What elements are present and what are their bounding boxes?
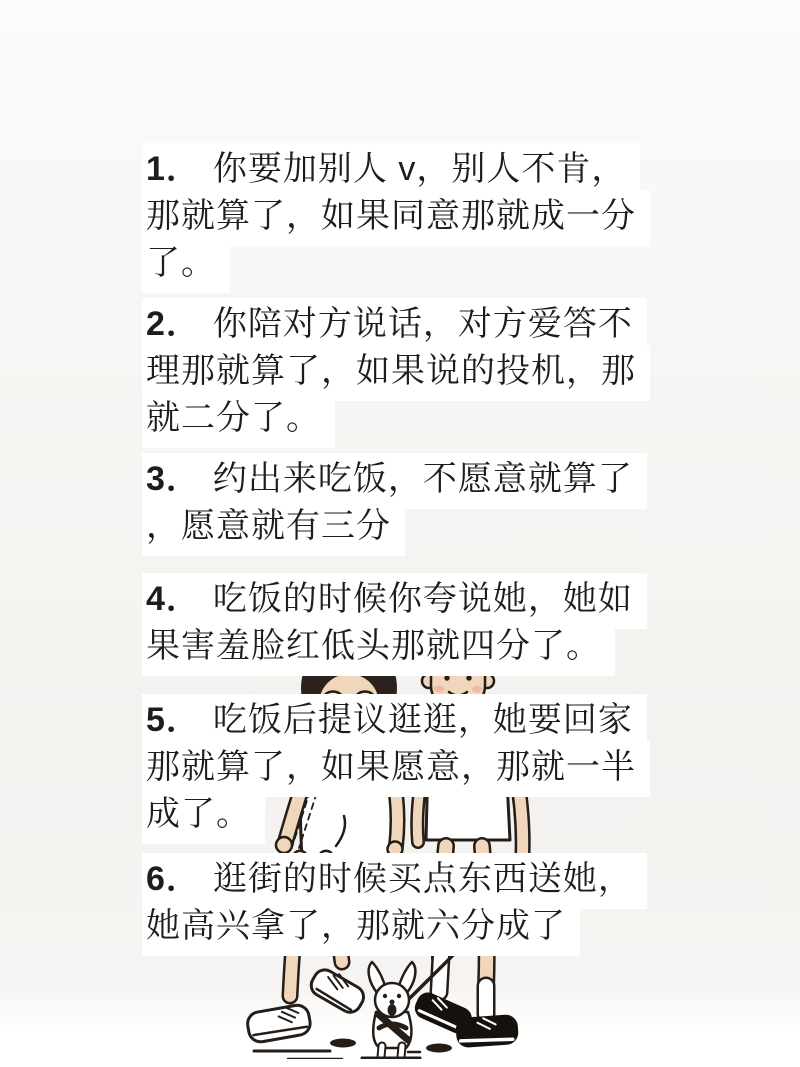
- list-item-6: 6．逛街的时候买点东西送她， 她高兴拿了，那就六分成了: [146, 853, 647, 947]
- page-bottom-margin: [0, 1059, 800, 1067]
- man-eye-left: [444, 675, 449, 680]
- woman-front-shoe: [246, 1003, 312, 1043]
- item-1-number: 1．: [146, 150, 201, 188]
- item-6-line-1: 6．逛街的时候买点东西送她，: [146, 853, 647, 900]
- item-5-line-1: 5．吃饭后提议逛逛，她要回家: [146, 694, 650, 741]
- item-3-text-1: 约出来吃饭，不愿意就算了: [213, 460, 633, 498]
- item-1-text-3: 了。: [142, 237, 230, 293]
- dog-leg-right: [401, 1046, 402, 1057]
- dog-leg-left: [381, 1046, 382, 1057]
- item-3-line-1: 3．约出来吃饭，不愿意就算了: [146, 453, 647, 500]
- ground: [254, 1039, 452, 1060]
- item-5-number: 5．: [146, 701, 201, 739]
- item-3-number: 3．: [146, 460, 201, 498]
- item-6-text-2: 她高兴拿了，那就六分成了: [142, 900, 580, 956]
- item-1-line-2: 那就算了，如果同意那就成一分: [146, 190, 650, 237]
- shadow-man-shoe: [426, 1044, 452, 1053]
- man-blush-left: [434, 686, 444, 692]
- list-item-1: 1．你要加别人 v，别人不肯， 那就算了，如果同意那就成一分 了。: [146, 143, 650, 284]
- man-front-sock: [439, 956, 441, 992]
- item-1-text-1: 你要加别人 v，别人不肯，: [213, 150, 626, 188]
- item-2-line-2: 理那就算了，如果说的投机，那: [146, 345, 650, 392]
- shadow-woman-shoe: [330, 1039, 356, 1048]
- item-4-line-2: 果害羞脸红低头那就四分了。: [146, 620, 647, 667]
- item-5-text-1: 吃饭后提议逛逛，她要回家: [213, 701, 633, 739]
- man-eye-right: [466, 675, 471, 680]
- item-6-line-2: 她高兴拿了，那就六分成了: [146, 900, 647, 947]
- item-2-text-3: 就二分了。: [142, 392, 335, 448]
- item-5-line-2: 那就算了，如果愿意，那就一半: [146, 741, 650, 788]
- dog-mouth: [388, 1004, 397, 1016]
- woman-back-shoe: [307, 964, 368, 1016]
- item-6-number: 6．: [146, 860, 201, 898]
- list-item-3: 3．约出来吃饭，不愿意就算了 ，愿意就有三分: [146, 453, 647, 547]
- item-1-line-1: 1．你要加别人 v，别人不肯，: [146, 143, 650, 190]
- item-4-line-1: 4．吃饭的时候你夸说她，她如: [146, 573, 647, 620]
- man-back-shoe: [455, 1014, 519, 1048]
- item-2-line-1: 2．你陪对方说话，对方爱答不: [146, 298, 650, 345]
- dog-eye-left: [383, 994, 387, 998]
- item-4-text-1: 吃饭的时候你夸说她，她如: [213, 580, 633, 618]
- item-6-text-1: 逛街的时候买点东西送她，: [213, 860, 633, 898]
- item-5-text-3: 成了。: [142, 788, 265, 844]
- woman-hand: [276, 837, 292, 853]
- item-4-text-2: 果害羞脸红低头那就四分了。: [142, 620, 615, 676]
- list-item-5: 5．吃饭后提议逛逛，她要回家 那就算了，如果愿意，那就一半 成了。: [146, 694, 650, 835]
- man-blush-right: [472, 686, 482, 692]
- item-4-number: 4．: [146, 580, 201, 618]
- item-3-text-2: ，愿意就有三分: [142, 500, 405, 556]
- item-2-number: 2．: [146, 305, 201, 343]
- list-item-2: 2．你陪对方说话，对方爱答不 理那就算了，如果说的投机，那 就二分了。: [146, 298, 650, 439]
- list-item-4: 4．吃饭的时候你夸说她，她如 果害羞脸红低头那就四分了。: [146, 573, 647, 667]
- dog-eye-right: [397, 994, 401, 998]
- item-2-text-1: 你陪对方说话，对方爱答不: [213, 305, 633, 343]
- dog-nose: [390, 1000, 395, 1005]
